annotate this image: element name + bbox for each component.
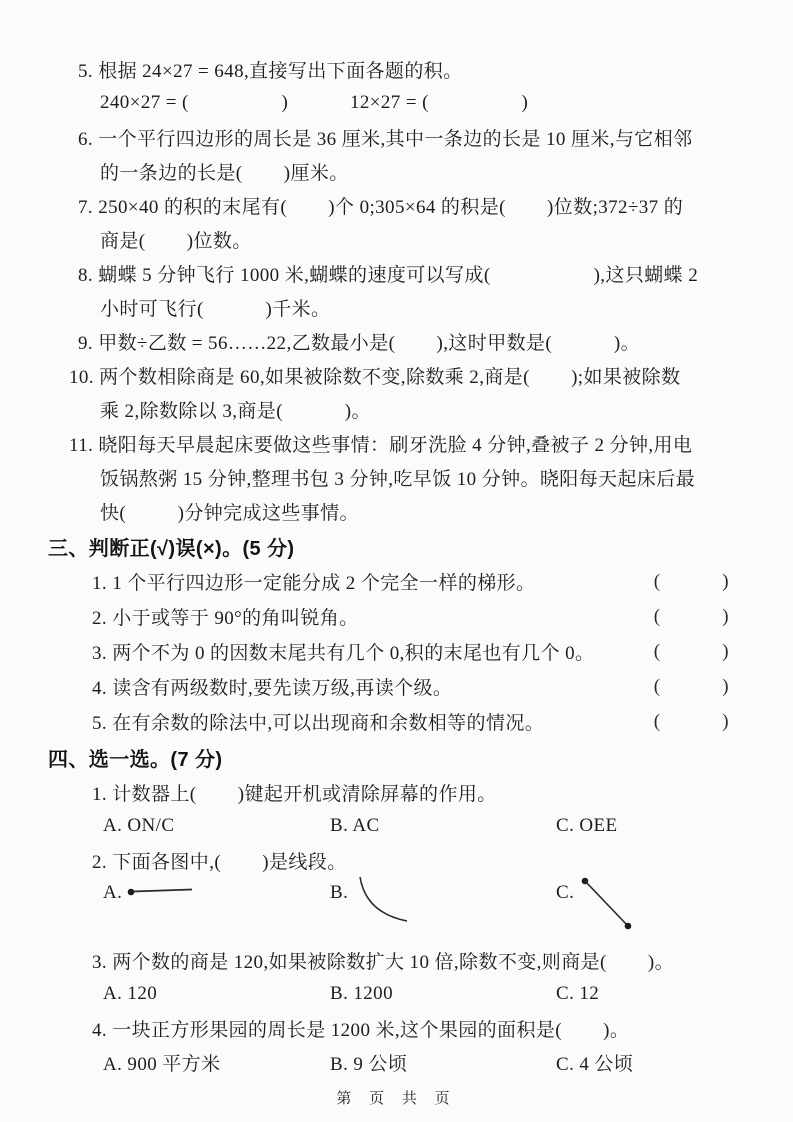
question-text: 4. 一块正方形果园的周长是 1200 米,这个果园的面积是( )。 [92, 1015, 629, 1042]
fill-q10-line2: 乘 2,除数除以 3,商是( )。 [0, 392, 793, 426]
fill-q11-line1: 11. 晓阳每天早晨起床要做这些事情：刷牙洗脸 4 分钟,叠被子 2 分钟,用电 [0, 426, 793, 460]
judge-item-1: 1. 1 个平行四边形一定能分成 2 个完全一样的梯形。 ( ) [0, 564, 793, 599]
judge-section-header: 三、判断正(√)误(×)。(5 分) [0, 528, 793, 564]
question-text: 10. 两个数相除商是 60,如果被除数不变,除数乘 2,商是( );如果被除数 [69, 362, 680, 389]
fill-q11-line2: 饭锅熬粥 15 分钟,整理书包 3 分钟,吃早饭 10 分钟。晓阳每天起床后最 [0, 460, 793, 494]
fill-q5-stem: 5. 根据 24×27 = 648,直接写出下面各题的积。 [0, 52, 793, 86]
question-text: 快( )分钟完成这些事情。 [100, 498, 359, 525]
figure-option-c: C. [556, 881, 636, 933]
curve-figure [352, 875, 412, 927]
option-a: A. 120 [103, 983, 330, 1005]
option-c: C. 12 [556, 983, 599, 1005]
question-text: 商是( )位数。 [100, 226, 252, 253]
option-c: C. OEE [556, 815, 618, 837]
fill-q9-line1: 9. 甲数÷乙数 = 56……22,乙数最小是( ),这时甲数是( )。 [0, 324, 793, 358]
section-header-text: 四、选一选。(7 分) [48, 743, 222, 772]
choice-q3-options: A. 120 B. 1200 C. 12 [0, 977, 793, 1011]
question-text: 饭锅熬粥 15 分钟,整理书包 3 分钟,吃早饭 10 分钟。晓阳每天起床后最 [100, 464, 695, 491]
fill-q8-line2: 小时可飞行( )千米。 [0, 290, 793, 324]
judge-answer-blank: ( ) [654, 606, 729, 628]
judge-item-2: 2. 小于或等于 90°的角叫锐角。 ( ) [0, 599, 793, 634]
fill-q11-line3: 快( )分钟完成这些事情。 [0, 494, 793, 528]
exam-page: 5. 根据 24×27 = 648,直接写出下面各题的积。 240×27 = (… [0, 0, 793, 1122]
choice-q1-options: A. ON/C B. AC C. OEE [0, 809, 793, 843]
judge-item-text: 5. 在有余数的除法中,可以出现商和余数相等的情况。 [92, 708, 544, 735]
choice-q2-figures: A. B. C. [0, 877, 793, 943]
option-b: B. 9 公顷 [330, 1049, 556, 1076]
question-text: 7. 250×40 的积的末尾有( )个 0;305×64 的积是( )位数;3… [78, 192, 683, 219]
choice-q2-stem: 2. 下面各图中,( )是线段。 [0, 843, 793, 877]
question-text: 6. 一个平行四边形的周长是 36 厘米,其中一条边的长是 10 厘米,与它相邻 [78, 124, 693, 151]
segment-figure [578, 875, 636, 933]
ray-figure [126, 884, 196, 900]
choice-q3-stem: 3. 两个数的商是 120,如果被除数扩大 10 倍,除数不变,则商是( )。 [0, 943, 793, 977]
option-b: B. AC [330, 815, 556, 837]
judge-answer-blank: ( ) [654, 571, 729, 593]
question-text: 5. 根据 24×27 = 648,直接写出下面各题的积。 [78, 56, 463, 83]
option-c: C. 4 公顷 [556, 1049, 633, 1076]
figure-option-a: A. [103, 881, 330, 905]
fill-q7-line2: 商是( )位数。 [0, 222, 793, 256]
question-text: 11. 晓阳每天早晨起床要做这些事情：刷牙洗脸 4 分钟,叠被子 2 分钟,用电 [69, 430, 692, 457]
option-a: A. 900 平方米 [103, 1049, 330, 1076]
judge-answer-blank: ( ) [654, 711, 729, 733]
judge-item-text: 4. 读含有两级数时,要先读万级,再读个级。 [92, 673, 452, 700]
figure-label: C. [556, 881, 574, 905]
figure-label: A. [103, 881, 122, 905]
judge-item-text: 3. 两个不为 0 的因数末尾共有几个 0,积的末尾也有几个 0。 [92, 638, 594, 665]
question-blanks: 240×27 = ( ) 12×27 = ( ) [100, 92, 528, 114]
question-text: 3. 两个数的商是 120,如果被除数扩大 10 倍,除数不变,则商是( )。 [92, 947, 674, 974]
judge-item-text: 1. 1 个平行四边形一定能分成 2 个完全一样的梯形。 [92, 568, 535, 595]
choice-q4-options: A. 900 平方米 B. 9 公顷 C. 4 公顷 [0, 1045, 793, 1079]
fill-q7-line1: 7. 250×40 的积的末尾有( )个 0;305×64 的积是( )位数;3… [0, 188, 793, 222]
question-text: 1. 计数器上( )键起开机或清除屏幕的作用。 [92, 779, 497, 806]
judge-answer-blank: ( ) [654, 641, 729, 663]
judge-answer-blank: ( ) [654, 676, 729, 698]
judge-item-text: 2. 小于或等于 90°的角叫锐角。 [92, 603, 359, 630]
figure-option-b: B. [330, 881, 556, 927]
figure-label: B. [330, 881, 348, 905]
fill-q6-line1: 6. 一个平行四边形的周长是 36 厘米,其中一条边的长是 10 厘米,与它相邻 [0, 120, 793, 154]
choice-q1-stem: 1. 计数器上( )键起开机或清除屏幕的作用。 [0, 775, 793, 809]
section-header-text: 三、判断正(√)误(×)。(5 分) [48, 532, 295, 561]
question-text: 8. 蝴蝶 5 分钟飞行 1000 米,蝴蝶的速度可以写成( ),这只蝴蝶 2 [78, 260, 698, 287]
question-text: 的一条边的长是( )厘米。 [100, 158, 349, 185]
judge-item-4: 4. 读含有两级数时,要先读万级,再读个级。 ( ) [0, 669, 793, 704]
option-a: A. ON/C [103, 815, 330, 837]
question-text: 乘 2,除数除以 3,商是( )。 [100, 396, 371, 423]
page-footer: 第 页 共 页 [0, 1087, 793, 1108]
fill-q5-blanks: 240×27 = ( ) 12×27 = ( ) [0, 86, 793, 120]
question-text: 小时可飞行( )千米。 [100, 294, 330, 321]
question-text: 2. 下面各图中,( )是线段。 [92, 847, 347, 874]
choice-q4-stem: 4. 一块正方形果园的周长是 1200 米,这个果园的面积是( )。 [0, 1011, 793, 1045]
choice-section-header: 四、选一选。(7 分) [0, 739, 793, 775]
fill-q10-line1: 10. 两个数相除商是 60,如果被除数不变,除数乘 2,商是( );如果被除数 [0, 358, 793, 392]
judge-item-5: 5. 在有余数的除法中,可以出现商和余数相等的情况。 ( ) [0, 704, 793, 739]
option-b: B. 1200 [330, 983, 556, 1005]
judge-item-3: 3. 两个不为 0 的因数末尾共有几个 0,积的末尾也有几个 0。 ( ) [0, 634, 793, 669]
fill-q8-line1: 8. 蝴蝶 5 分钟飞行 1000 米,蝴蝶的速度可以写成( ),这只蝴蝶 2 [0, 256, 793, 290]
fill-q6-line2: 的一条边的长是( )厘米。 [0, 154, 793, 188]
page-footer-text: 第 页 共 页 [336, 1091, 456, 1107]
question-text: 9. 甲数÷乙数 = 56……22,乙数最小是( ),这时甲数是( )。 [78, 328, 640, 355]
